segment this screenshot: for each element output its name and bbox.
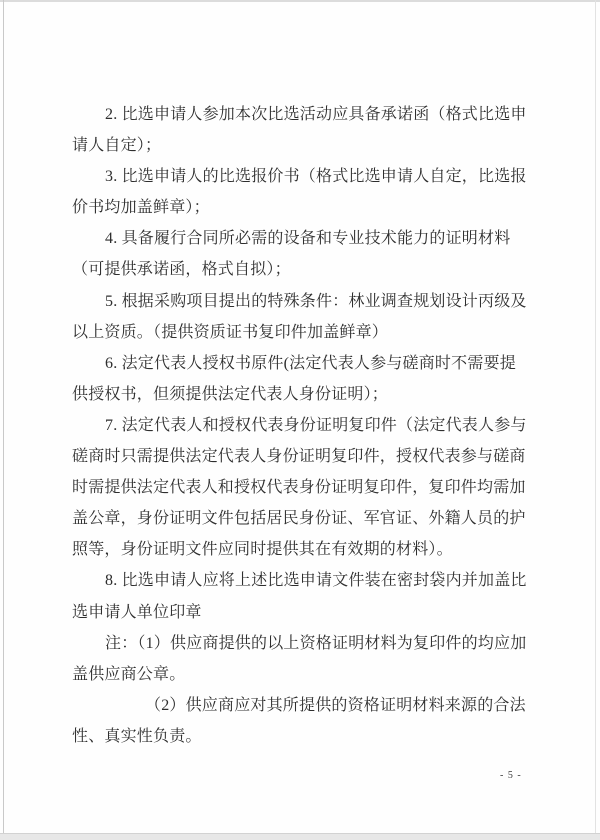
page-left-edge <box>3 0 4 834</box>
text-line: （可提供承诺函，格式自拟）； <box>72 254 534 285</box>
text-line: 2. 比选申请人参加本次比选活动应具备承诺函（格式比选申 <box>72 99 534 130</box>
text-line: 8. 比选申请人应将上述比选申请文件装在密封袋内并加盖比 <box>72 565 534 596</box>
text-line: 6. 法定代表人授权书原件(法定代表人参与磋商时不需要提 <box>72 348 534 379</box>
text-line: 3. 比选申请人的比选报价书（格式比选申请人自定，比选报 <box>72 161 534 192</box>
text-line: 性、真实性负责。 <box>72 721 534 752</box>
page-number: - 5 - <box>500 770 522 781</box>
text-line: 盖公章，身份证明文件包括居民身份证、军官证、外籍人员的护 <box>72 503 534 534</box>
text-line: （2）供应商应对其所提供的资格证明材料来源的合法 <box>72 690 534 721</box>
text-line: 价书均加盖鲜章）； <box>72 192 534 223</box>
text-line: 注：（1）供应商提供的以上资格证明材料为复印件的均应加 <box>72 628 534 659</box>
text-line: 4. 具备履行合同所必需的设备和专业技术能力的证明材料 <box>72 223 534 254</box>
scanned-document-page: 2. 比选申请人参加本次比选活动应具备承诺函（格式比选申 请人自定）； 3. 比… <box>0 0 600 840</box>
document-body: 2. 比选申请人参加本次比选活动应具备承诺函（格式比选申 请人自定）； 3. 比… <box>72 99 534 752</box>
page-right-edge <box>595 0 596 834</box>
text-line: 请人自定）； <box>72 130 534 161</box>
text-line: 供授权书，但须提供法定代表人身份证明）； <box>72 379 534 410</box>
text-line: 磋商时只需提供法定代表人身份证明复印件，授权代表参与磋商 <box>72 441 534 472</box>
text-line: 7. 法定代表人和授权代表身份证明复印件（法定代表人参与 <box>72 410 534 441</box>
page-top-edge <box>0 0 600 2</box>
page-bottom-edge <box>0 833 600 840</box>
text-line: 以上资质。（提供资质证书复印件加盖鲜章） <box>72 317 534 348</box>
text-line: 时需提供法定代表人和授权代表身份证明复印件，复印件均需加 <box>72 472 534 503</box>
text-line: 照等，身份证明文件应同时提供其在有效期的材料）。 <box>72 534 534 565</box>
text-line: 5. 根据采购项目提出的特殊条件：林业调查规划设计丙级及 <box>72 286 534 317</box>
text-line: 盖供应商公章。 <box>72 659 534 690</box>
text-line: 选申请人单位印章 <box>72 597 534 628</box>
